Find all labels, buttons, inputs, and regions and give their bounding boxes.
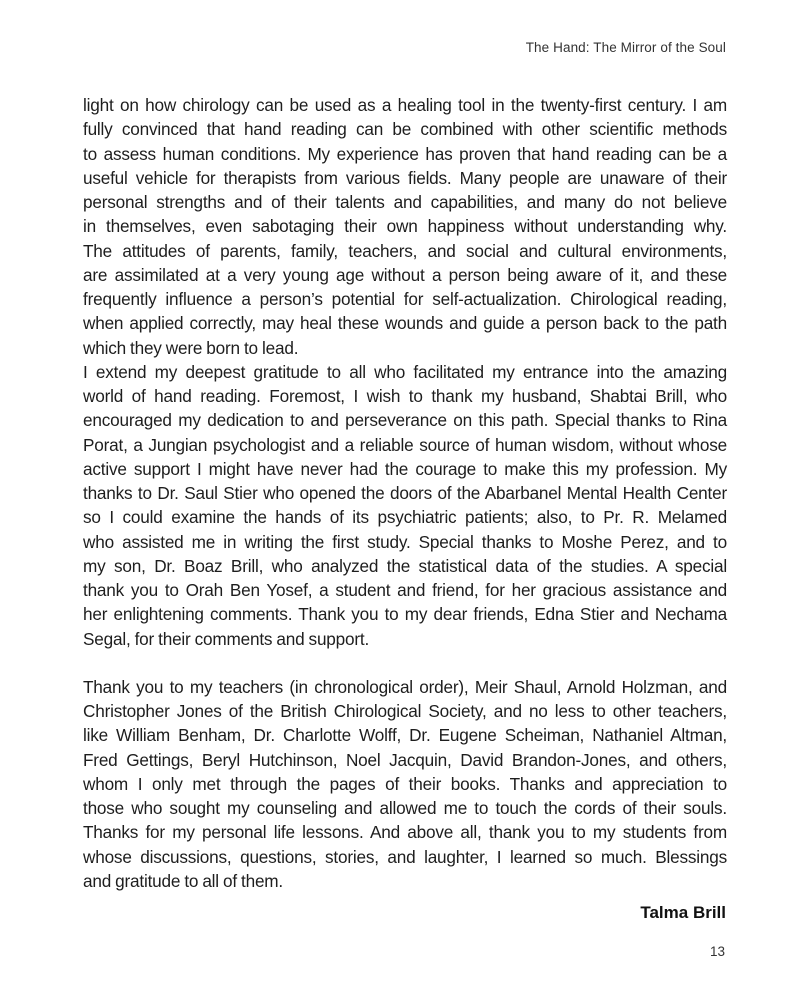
text-line: thank you to Orah Ben Yosef, a student a…	[83, 578, 727, 602]
text-line: so I could examine the hands of its psyc…	[83, 505, 727, 529]
body-text: light on how chirology can be used as a …	[83, 93, 727, 893]
author-signature: Talma Brill	[640, 903, 726, 923]
text-line: in themselves, even sabotaging their own…	[83, 214, 727, 238]
text-line: personal strengths and of their talents …	[83, 190, 727, 214]
paragraph-healing: light on how chirology can be used as a …	[83, 93, 727, 360]
text-line: are assimilated at a very young age with…	[83, 263, 727, 287]
text-line: light on how chirology can be used as a …	[83, 93, 727, 117]
text-line: thanks to Dr. Saul Stier who opened the …	[83, 481, 727, 505]
text-line: who assisted me in writing the first stu…	[83, 530, 727, 554]
page-number: 13	[710, 944, 725, 959]
running-header-title: The Hand: The Mirror of the Soul	[526, 40, 726, 55]
text-line: Porat, a Jungian psychologist and a reli…	[83, 433, 727, 457]
text-line: those who sought my counseling and allow…	[83, 796, 727, 820]
text-line: Segal, for their comments and support.	[83, 627, 727, 651]
text-line: encouraged my dedication to and persever…	[83, 408, 727, 432]
text-line: frequently influence a person’s potentia…	[83, 287, 727, 311]
paragraph-teachers: Thank you to my teachers (in chronologic…	[83, 675, 727, 893]
text-line: whom I only met through the pages of the…	[83, 772, 727, 796]
text-line: fully convinced that hand reading can be…	[83, 117, 727, 141]
text-line: my son, Dr. Boaz Brill, who analyzed the…	[83, 554, 727, 578]
text-line: Fred Gettings, Beryl Hutchinson, Noel Ja…	[83, 748, 727, 772]
paragraph-gratitude: I extend my deepest gratitude to all who…	[83, 360, 727, 651]
text-line: Thank you to my teachers (in chronologic…	[83, 675, 727, 699]
text-line: and gratitude to all of them.	[83, 869, 727, 893]
text-line: whose discussions, questions, stories, a…	[83, 845, 727, 869]
text-line: active support I might have never had th…	[83, 457, 727, 481]
text-line: world of hand reading. Foremost, I wish …	[83, 384, 727, 408]
text-line: to assess human conditions. My experienc…	[83, 142, 727, 166]
text-line: her enlightening comments. Thank you to …	[83, 602, 727, 626]
text-line: like William Benham, Dr. Charlotte Wolff…	[83, 723, 727, 747]
text-line: which they were born to lead.	[83, 336, 727, 360]
text-line: useful vehicle for therapists from vario…	[83, 166, 727, 190]
text-line: Thanks for my personal life lessons. And…	[83, 820, 727, 844]
text-line: The attitudes of parents, family, teache…	[83, 239, 727, 263]
text-line: I extend my deepest gratitude to all who…	[83, 360, 727, 384]
text-line: when applied correctly, may heal these w…	[83, 311, 727, 335]
text-line: Christopher Jones of the British Chirolo…	[83, 699, 727, 723]
